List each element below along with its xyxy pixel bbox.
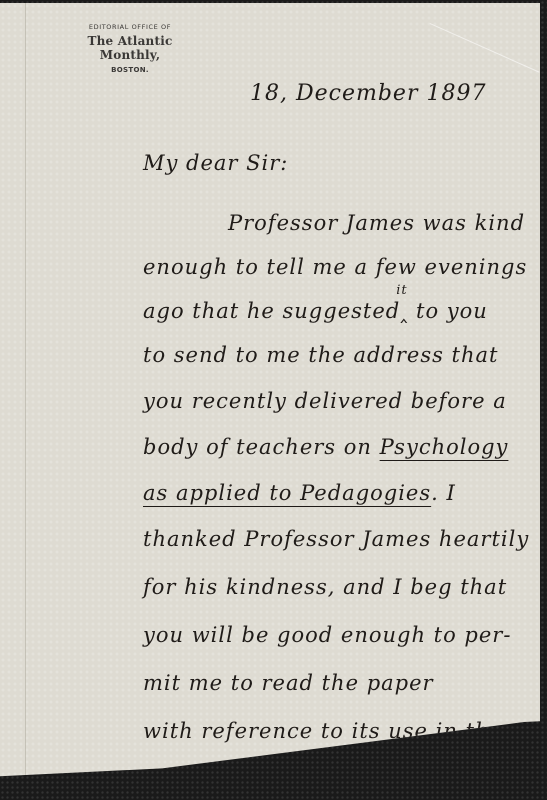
letter-line-10: you will be good enough to per- [143,623,511,647]
letterhead-office: EDITORIAL OFFICE OF [60,23,200,31]
letterhead: EDITORIAL OFFICE OF The Atlantic Monthly… [60,23,200,74]
letter-line-3-rest: to you [416,299,488,323]
letter-line-11: mit me to read the paper [143,671,434,695]
letter-line-4: to send to me the address that [143,343,498,367]
underlined-pedagogies: as applied to Pedagogies [143,481,431,505]
letter-line-3-text: ago that he suggested [143,299,400,323]
insertion-caret: ‸it [400,299,408,323]
letter-salutation: My dear Sir: [143,151,288,175]
letter-sheet: EDITORIAL OFFICE OF The Atlantic Monthly… [0,3,540,788]
letterhead-city: BOSTON. [60,66,200,74]
letter-line-5: you recently delivered before a [143,389,507,413]
letterhead-title: The Atlantic Monthly, [60,34,200,62]
underlined-psychology: Psychology [380,435,509,459]
letter-line-7: as applied to Pedagogies. I [143,481,456,505]
letter-line-1: Professor James was kind [228,211,525,235]
letter-line-7-tail: . I [431,481,456,505]
letter-line-6-text: body of teachers on [143,435,372,459]
letter-line-8: thanked Professor James heartily [143,527,529,551]
letter-line-6: body of teachers on Psychology [143,435,508,459]
letter-line-3: ago that he suggested‸it to you [143,299,488,323]
letter-date: 18, December 1897 [250,81,486,106]
paper-crease [430,23,540,73]
inserted-word: it [396,283,407,298]
paper-fold-line [25,3,26,788]
letter-line-2: enough to tell me a few evenings [143,255,527,279]
letter-line-9: for his kindness, and I beg that [143,575,507,599]
